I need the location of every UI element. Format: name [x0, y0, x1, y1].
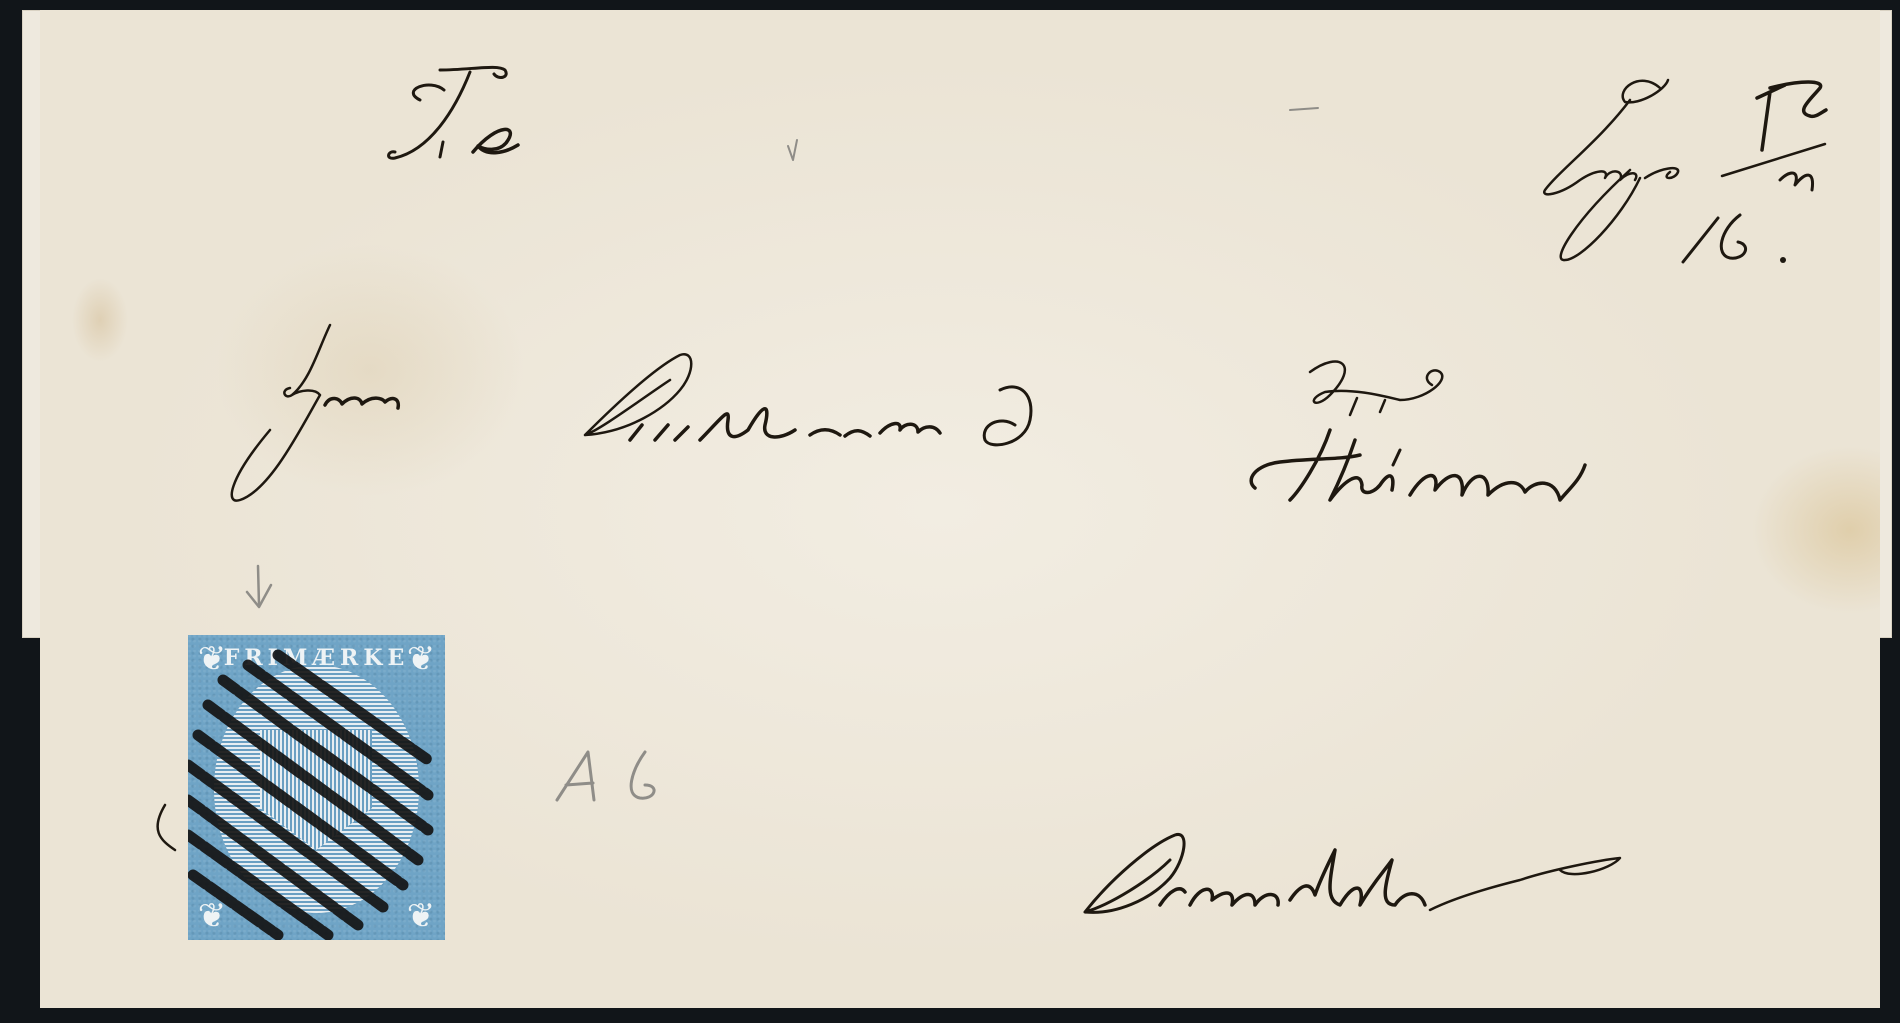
postage-stamp: FRIMÆRKE ❦ ❦ ❦ ❦	[188, 635, 445, 940]
text-recipient-title: Amtmand	[0, 0, 1, 1]
pencil-catalog-text: A6	[0, 0, 1, 1]
text-date-year: 16	[0, 0, 1, 1]
bar-cancellation	[188, 635, 445, 940]
text-salutation: Herr	[0, 0, 1, 1]
text-to-prefix: Til	[0, 0, 1, 1]
text-date-month: 3	[0, 0, 1, 1]
text-destination: Arendale	[0, 0, 1, 1]
text-date-day: 17	[0, 0, 1, 1]
text-recipient-name: Thiime	[0, 0, 1, 1]
text-origin: Tvedje	[0, 0, 1, 1]
